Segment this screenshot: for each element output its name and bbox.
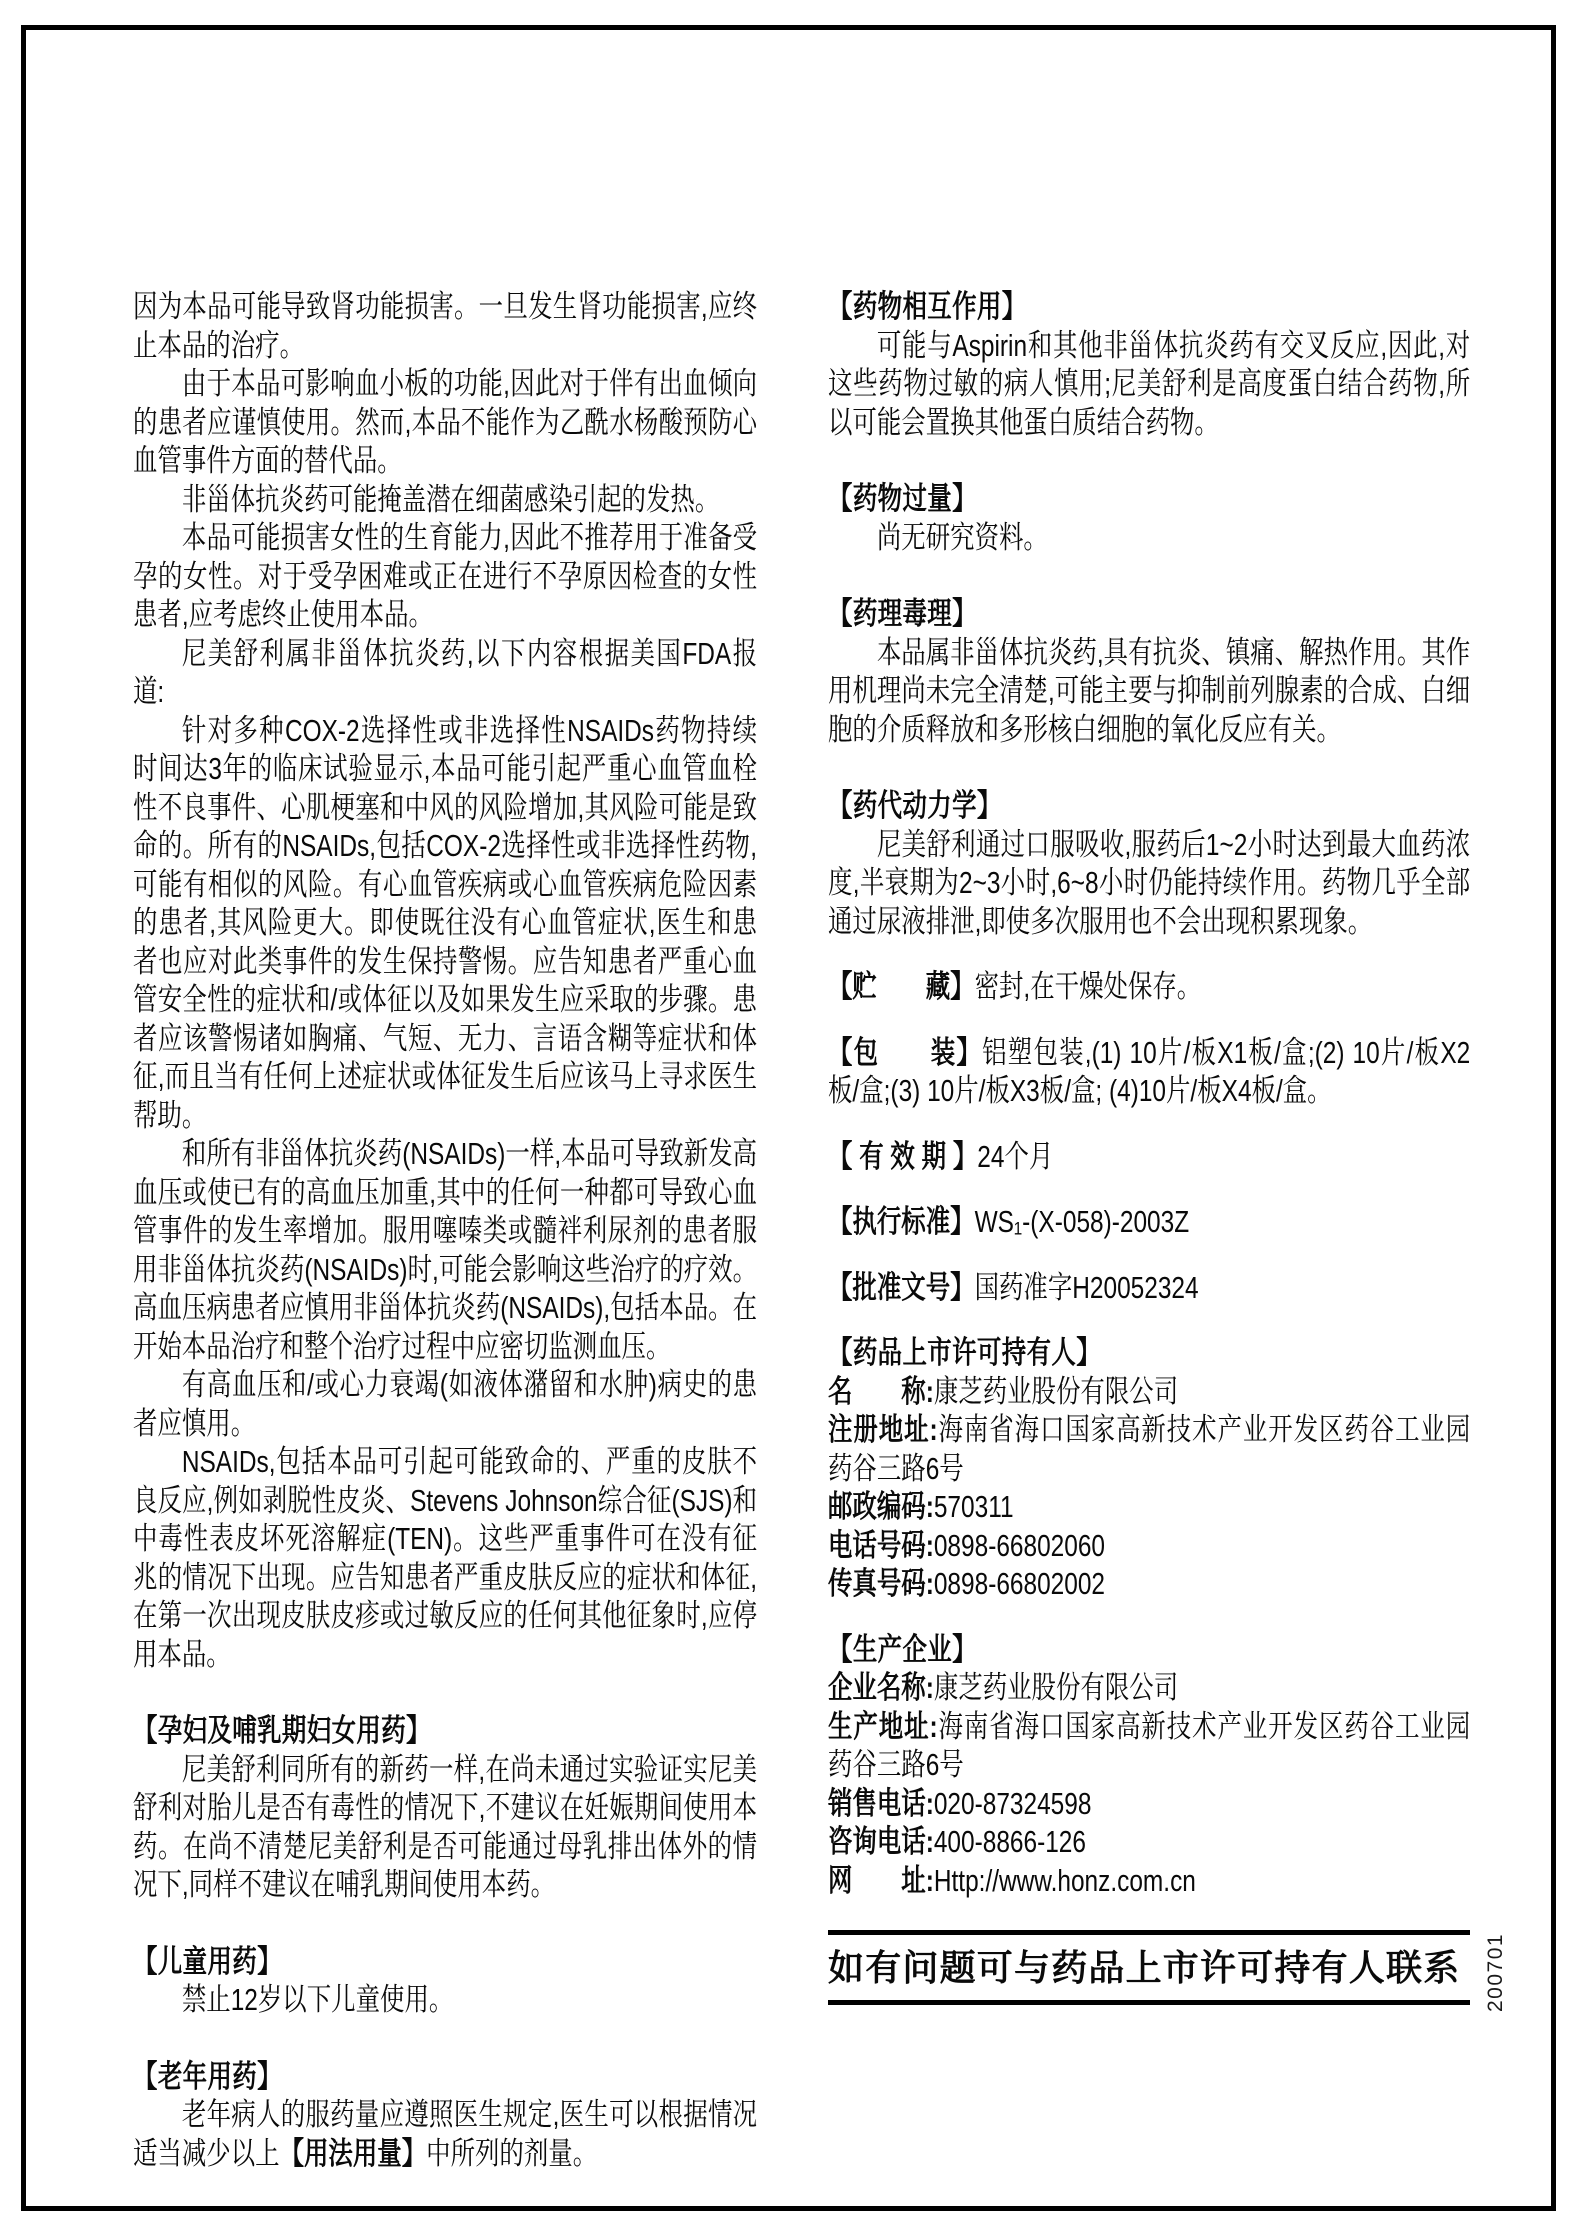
paragraph-hypertension: 和所有非甾体抗炎药(NSAIDs)一样,本品可导致新发高血压或使已有的高血压加重… xyxy=(133,1135,757,1366)
manufacturer-name-label: 企业名称: xyxy=(828,1670,934,1705)
elderly-text-post: 中所列的剂量。 xyxy=(426,2136,597,2171)
right-column: 【药物相互作用】 可能与Aspirin和其他非甾体抗炎药有交叉反应,因此,对这些… xyxy=(828,288,1470,2005)
holder-fax-value: 0898-66802002 xyxy=(934,1566,1105,1601)
section-header-pharmacokinetics: 【药代动力学】 xyxy=(828,787,1470,826)
holder-fax-label: 传真号码: xyxy=(828,1566,934,1601)
entry-shelf-life-label: 【 有 效 期 】 xyxy=(828,1139,977,1174)
holder-row-name: 名 称:康芝药业股份有限公司 xyxy=(828,1373,1470,1412)
holder-postcode-value: 570311 xyxy=(934,1489,1014,1524)
holder-phone-label: 电话号码: xyxy=(828,1528,934,1563)
left-column: 因为本品可能导致肾功能损害。一旦发生肾功能损害,应终止本品的治疗。 由于本品可影… xyxy=(133,288,757,2173)
holder-postcode-label: 邮政编码: xyxy=(828,1489,934,1524)
elderly-inline-ref: 【用法用量】 xyxy=(280,2136,427,2171)
entry-shelf-life: 【 有 效 期 】24个月 xyxy=(828,1138,1470,1177)
paragraph-children: 禁止12岁以下儿童使用。 xyxy=(133,1981,757,2020)
paragraph-fda-intro: 尼美舒利属非甾体抗炎药,以下内容根据美国FDA报道: xyxy=(133,635,757,712)
holder-name-value: 康芝药业股份有限公司 xyxy=(934,1374,1178,1409)
section-header-holder: 【药品上市许可持有人】 xyxy=(828,1334,1470,1373)
section-header-children: 【儿童用药】 xyxy=(133,1943,757,1982)
manufacturer-row-hotline: 咨询电话:400-8866-126 xyxy=(828,1823,1470,1862)
paragraph-skin-reactions: NSAIDs,包括本品可引起可能致命的、严重的皮肤不良反应,例如剥脱性皮炎、St… xyxy=(133,1443,757,1674)
manufacturer-row-website: 网 址:Http://www.honz.com.cn xyxy=(828,1862,1470,1901)
manufacturer-hotline-value: 400-8866-126 xyxy=(934,1824,1086,1859)
entry-approval-number-value: 国药准字H20052324 xyxy=(975,1270,1199,1305)
manufacturer-address-label: 生产地址: xyxy=(828,1709,938,1744)
holder-row-fax: 传真号码:0898-66802002 xyxy=(828,1565,1470,1604)
section-header-overdose: 【药物过量】 xyxy=(828,480,1470,519)
entry-standard: 【执行标准】WS₁-(X-058)-2003Z xyxy=(828,1203,1470,1242)
print-date-code: 200701 xyxy=(1484,1933,1508,2012)
manufacturer-name-value: 康芝药业股份有限公司 xyxy=(934,1670,1178,1705)
manufacturer-sales-phone-value: 020-87324598 xyxy=(934,1786,1092,1821)
manufacturer-website-label: 网 址: xyxy=(828,1863,934,1898)
entry-shelf-life-value: 24个月 xyxy=(977,1139,1053,1174)
holder-phone-value: 0898-66802060 xyxy=(934,1528,1105,1563)
section-header-elderly: 【老年用药】 xyxy=(133,2058,757,2097)
manufacturer-row-name: 企业名称:康芝药业股份有限公司 xyxy=(828,1669,1470,1708)
holder-address-label: 注册地址: xyxy=(828,1412,938,1447)
manufacturer-row-sales-phone: 销售电话:020-87324598 xyxy=(828,1785,1470,1824)
paragraph-pharmacology: 本品属非甾体抗炎药,具有抗炎、镇痛、解热作用。其作用机理尚未完全清楚,可能主要与… xyxy=(828,634,1470,750)
manufacturer-row-address: 生产地址:海南省海口国家高新技术产业开发区药谷工业园药谷三路6号 xyxy=(828,1708,1470,1785)
paragraph-fever-mask: 非甾体抗炎药可能掩盖潜在细菌感染引起的发热。 xyxy=(133,481,757,520)
holder-block: 【药品上市许可持有人】 名 称:康芝药业股份有限公司 注册地址:海南省海口国家高… xyxy=(828,1334,1470,1604)
manufacturer-website-value: Http://www.honz.com.cn xyxy=(934,1863,1196,1898)
paragraph-overdose: 尚无研究资料。 xyxy=(828,519,1470,558)
paragraph-renal: 因为本品可能导致肾功能损害。一旦发生肾功能损害,应终止本品的治疗。 xyxy=(133,288,757,365)
section-header-pregnancy: 【孕妇及哺乳期妇女用药】 xyxy=(133,1712,757,1751)
leaflet-page: 因为本品可能导致肾功能损害。一旦发生肾功能损害,应终止本品的治疗。 由于本品可影… xyxy=(0,0,1580,2230)
entry-approval-number: 【批准文号】国药准字H20052324 xyxy=(828,1269,1470,1308)
paragraph-elderly: 老年病人的服药量应遵照医生规定,医生可以根据情况适当减少以上【用法用量】中所列的… xyxy=(133,2096,757,2173)
entry-packaging-label: 【包 装】 xyxy=(828,1035,982,1070)
holder-name-label: 名 称: xyxy=(828,1374,934,1409)
paragraph-fertility: 本品可能损害女性的生育能力,因此不推荐用于准备受孕的女性。对于受孕困难或正在进行… xyxy=(133,519,757,635)
contact-holder-banner: 如有问题可与药品上市许可持有人联系 xyxy=(828,1930,1470,2005)
section-header-manufacturer: 【生产企业】 xyxy=(828,1631,1470,1670)
section-header-pharmacology: 【药理毒理】 xyxy=(828,595,1470,634)
entry-storage: 【贮 藏】密封,在干燥处保存。 xyxy=(828,968,1470,1007)
manufacturer-hotline-label: 咨询电话: xyxy=(828,1824,934,1859)
entry-packaging: 【包 装】铝塑包装,(1) 10片/板X1板/盒;(2) 10片/板X2板/盒;… xyxy=(828,1034,1470,1111)
holder-row-address: 注册地址:海南省海口国家高新技术产业开发区药谷工业园药谷三路6号 xyxy=(828,1411,1470,1488)
entry-storage-value: 密封,在干燥处保存。 xyxy=(975,969,1202,1004)
paragraph-heart-failure: 有高血压和/或心力衰竭(如液体潴留和水肿)病史的患者应慎用。 xyxy=(133,1366,757,1443)
entry-standard-value: WS₁-(X-058)-2003Z xyxy=(975,1204,1190,1239)
holder-row-phone: 电话号码:0898-66802060 xyxy=(828,1527,1470,1566)
paragraph-pharmacokinetics: 尼美舒利通过口服吸收,服药后1~2小时达到最大血药浓度,半衰期为2~3小时,6~… xyxy=(828,826,1470,942)
manufacturer-sales-phone-label: 销售电话: xyxy=(828,1786,934,1821)
paragraph-cardiovascular-risk: 针对多种COX-2选择性或非选择性NSAIDs药物持续时间达3年的临床试验显示,… xyxy=(133,712,757,1136)
paragraph-interactions: 可能与Aspirin和其他非甾体抗炎药有交叉反应,因此,对这些药物过敏的病人慎用… xyxy=(828,327,1470,443)
paragraph-platelet: 由于本品可影响血小板的功能,因此对于伴有出血倾向的患者应谨慎使用。然而,本品不能… xyxy=(133,365,757,481)
paragraph-pregnancy: 尼美舒利同所有的新药一样,在尚未通过实验证实尼美舒利对胎儿是否有毒性的情况下,不… xyxy=(133,1751,757,1905)
entry-approval-number-label: 【批准文号】 xyxy=(828,1270,975,1305)
entry-standard-label: 【执行标准】 xyxy=(828,1204,975,1239)
section-header-interactions: 【药物相互作用】 xyxy=(828,288,1470,327)
entry-storage-label: 【贮 藏】 xyxy=(828,969,975,1004)
manufacturer-block: 【生产企业】 企业名称:康芝药业股份有限公司 生产地址:海南省海口国家高新技术产… xyxy=(828,1631,1470,1901)
holder-row-postcode: 邮政编码:570311 xyxy=(828,1488,1470,1527)
